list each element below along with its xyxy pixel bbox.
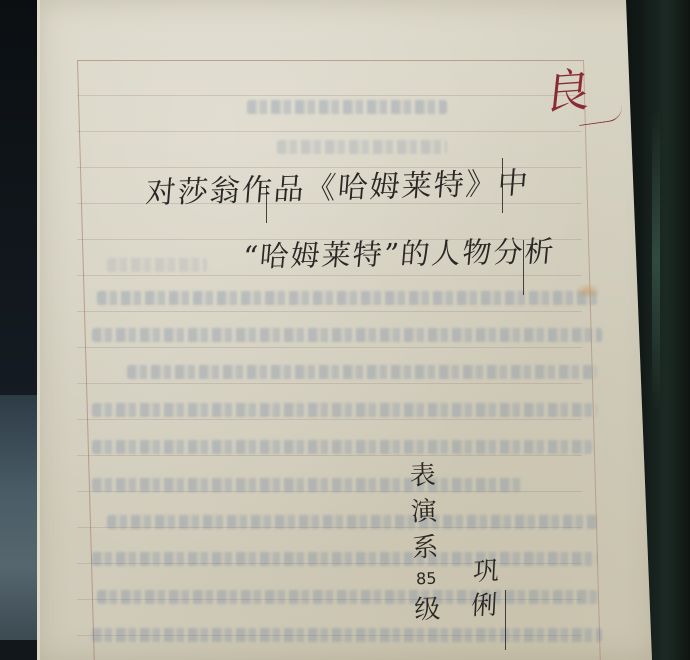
author-name-char: 巩 [472, 554, 500, 589]
bleed-through-row [127, 365, 597, 379]
department-char: 系 [412, 530, 439, 567]
bleed-through-row [107, 258, 207, 272]
paper-stain [575, 283, 601, 299]
background-right-glow [652, 110, 660, 410]
paper-left-edge [37, 0, 40, 660]
background-left-bottom [0, 640, 40, 660]
background-left-blue [0, 395, 40, 640]
department-char: 演 [410, 494, 437, 531]
bleed-through-row [92, 552, 597, 566]
bleed-through-row [97, 291, 597, 305]
bleed-through-row [107, 515, 597, 529]
background-left-dark [0, 0, 40, 395]
bleed-through-row [92, 440, 592, 454]
bleed-through-row [277, 140, 447, 154]
bleed-through-row [92, 403, 597, 417]
pen-stroke [266, 185, 267, 223]
pen-stroke [505, 590, 506, 650]
author-name: 巩 俐 [470, 554, 500, 623]
pen-stroke [523, 240, 524, 295]
author-name-char: 俐 [470, 589, 498, 624]
bleed-through-row [92, 478, 522, 492]
title-line-2: “哈姆莱特”的人物分析 [241, 229, 557, 276]
bleed-through-row [97, 590, 597, 604]
class-year: 85 [416, 566, 437, 593]
pen-stroke [502, 158, 503, 213]
bleed-through-row [92, 328, 602, 342]
class-level: 级 [414, 592, 441, 629]
bleed-through-row [247, 100, 447, 114]
bleed-through-row [92, 628, 602, 642]
department-char: 表 [409, 458, 436, 495]
